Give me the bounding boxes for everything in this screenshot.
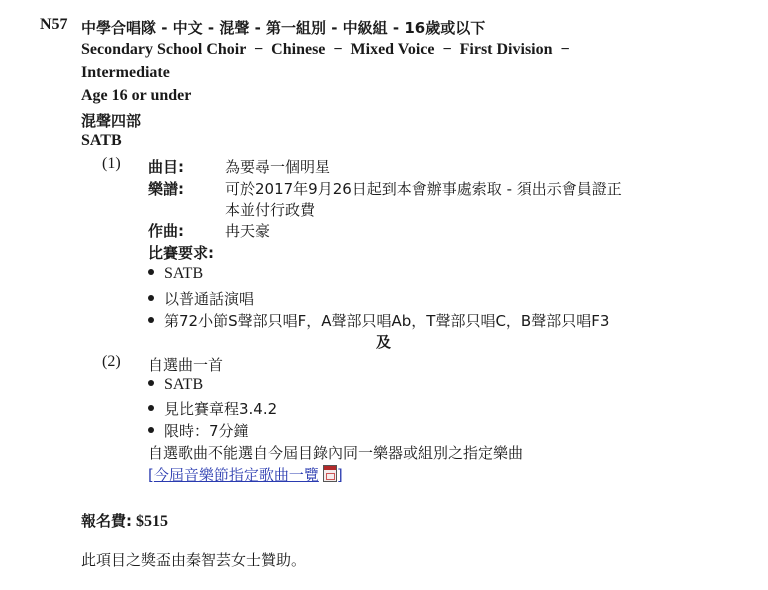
sponsor-note: 此項目之獎盃由秦智芸女士贊助。 <box>81 549 306 570</box>
bullet-icon <box>148 405 154 411</box>
fee-label: 報名費: <box>81 512 132 530</box>
piece1-requirement: SATB <box>148 265 203 283</box>
piece1-requirement: 第72小節S聲部只唱F，A聲部只唱Ab，T聲部只唱C，B聲部只唱F3 <box>148 310 609 331</box>
pdf-icon[interactable] <box>323 465 337 482</box>
piece1-composer-label: 作曲: <box>148 220 184 241</box>
song-list-link[interactable]: 今屆音樂節指定歌曲一覽 <box>154 466 319 484</box>
bullet-icon <box>148 317 154 323</box>
bullet-icon <box>148 269 154 275</box>
piece1-score-label: 樂譜: <box>148 178 184 199</box>
fee-value: $515 <box>136 513 168 530</box>
piece2-number: (2) <box>102 353 121 371</box>
piece2-title: 自選曲一首 <box>148 354 223 375</box>
piece1-title-value: 為要尋一個明星 <box>225 156 330 177</box>
piece1-number: (1) <box>102 155 121 173</box>
item-age: Age 16 or under <box>81 87 191 105</box>
piece2-note: 自選歌曲不能選自今屆目錄內同一樂器或組別之指定樂曲 <box>148 442 523 463</box>
piece2-requirement: 見比賽章程3.4.2 <box>148 398 277 419</box>
fee-row: 報名費: $515 <box>81 510 168 531</box>
bullet-icon <box>148 380 154 386</box>
bullet-icon <box>148 295 154 301</box>
piece1-composer-value: 冉天豪 <box>225 220 270 241</box>
song-list-link-wrapper: [今屆音樂節指定歌曲一覽] <box>148 464 343 485</box>
item-code: N57 <box>40 16 68 34</box>
item-voice-zh: 混聲四部 <box>81 110 141 131</box>
item-title-zh: 中學合唱隊 - 中文 - 混聲 - 第一組別 - 中級組 - 16歲或以下 <box>81 17 485 38</box>
piece1-requirement: 以普通話演唱 <box>148 288 254 309</box>
bullet-icon <box>148 427 154 433</box>
item-voice-en: SATB <box>81 132 122 150</box>
piece1-score-value-cont: 本並付行政費 <box>225 199 315 220</box>
piece2-requirement: SATB <box>148 376 203 394</box>
piece1-requirements-label: 比賽要求: <box>148 242 214 263</box>
piece1-title-label: 曲目: <box>148 156 184 177</box>
item-title-en-cont: Intermediate <box>81 64 170 82</box>
and-label: 及 <box>376 331 391 352</box>
piece2-requirement: 限時：7分鐘 <box>148 420 249 441</box>
piece1-score-value: 可於2017年9月26日起到本會辦事處索取 - 須出示會員證正 <box>225 178 622 199</box>
item-title-en: Secondary School Choir − Chinese − Mixed… <box>81 41 570 59</box>
